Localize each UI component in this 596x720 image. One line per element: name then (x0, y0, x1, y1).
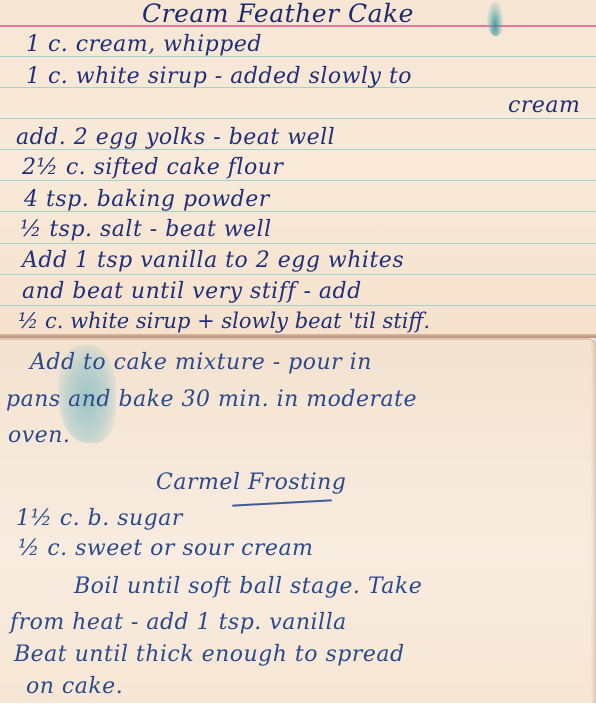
ingredient-line: 4 tsp. baking powder (24, 189, 270, 211)
ingredient-line: 2½ c. sifted cake flour (22, 157, 283, 179)
instruction-line: Beat until thick enough to spread (14, 644, 405, 666)
blue-rule (0, 243, 596, 244)
blue-rule (0, 118, 596, 119)
ink-blot (487, 2, 503, 36)
ingredient-line-continuation: cream (508, 95, 580, 117)
instruction-line: add. 2 egg yolks - beat well (16, 127, 335, 149)
blue-rule (0, 305, 596, 306)
ingredient-line: ½ tsp. salt - beat well (20, 219, 272, 241)
instruction-line: pans and bake 30 min. in moderate (6, 389, 417, 411)
instruction-line: and beat until very stiff - add (22, 281, 362, 303)
instruction-line: ½ c. white sirup + slowly beat 'til stif… (18, 311, 430, 332)
blue-rule (0, 180, 596, 181)
instruction-line: Add 1 tsp vanilla to 2 egg whites (22, 250, 404, 272)
instruction-line: Boil until soft ball stage. Take (74, 576, 422, 598)
ingredient-line: ½ c. sweet or sour cream (18, 538, 313, 560)
instruction-line: Add to cake mixture - pour in (30, 352, 372, 374)
ingredient-line: 1½ c. b. sugar (16, 508, 183, 530)
card-edge-shadow (591, 338, 596, 703)
instruction-line: on cake. (26, 676, 123, 698)
frosting-title: Carmel Frosting (156, 472, 346, 494)
recipe-card-scan: Cream Feather Cake 1 c. cream, whipped 1… (0, 0, 596, 720)
recipe-title: Cream Feather Cake (142, 1, 414, 26)
instruction-line: oven. (8, 425, 70, 447)
ingredient-line: 1 c. cream, whipped (26, 34, 262, 56)
instruction-line: from heat - add 1 tsp. vanilla (10, 612, 347, 634)
blue-rule (0, 274, 596, 275)
ingredient-line: 1 c. white sirup - added slowly to (26, 66, 412, 88)
